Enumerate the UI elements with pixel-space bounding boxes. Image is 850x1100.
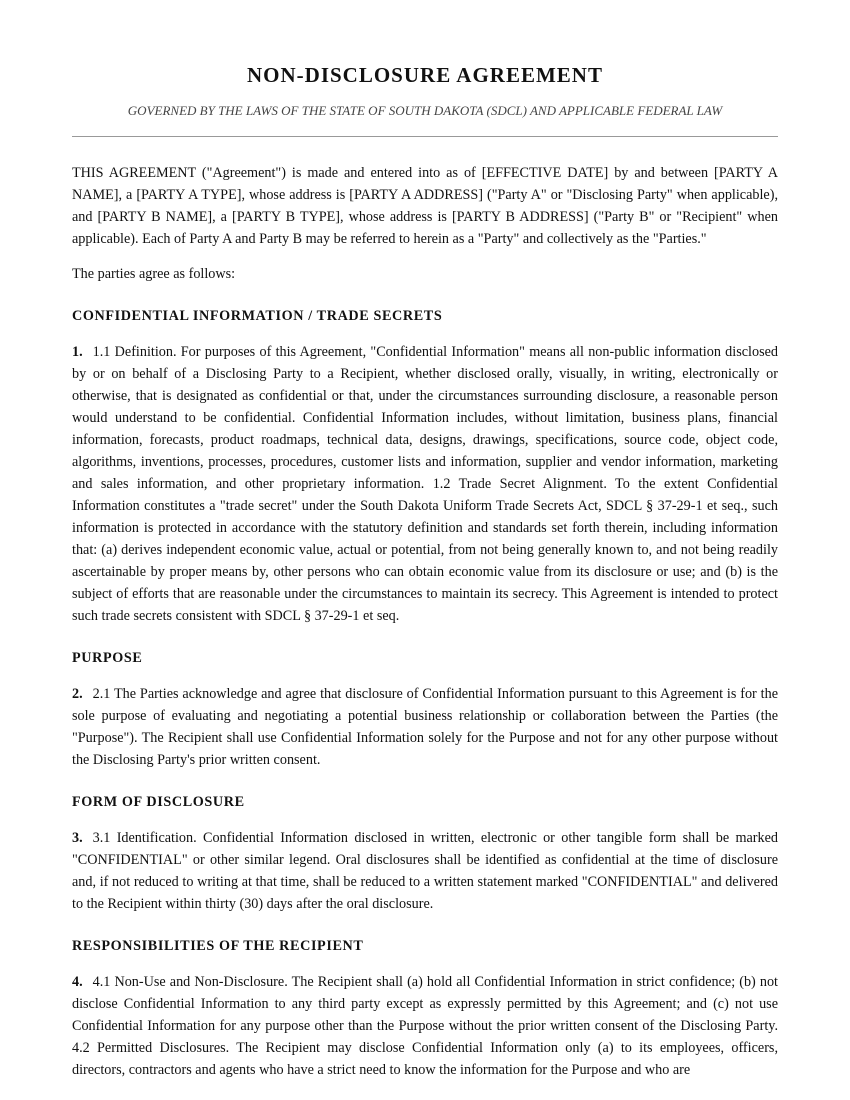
clause-text: 3.1 Identification. Confidential Informa… xyxy=(72,830,778,912)
header-divider xyxy=(72,136,778,137)
section-heading: CONFIDENTIAL INFORMATION / TRADE SECRETS xyxy=(72,305,778,327)
clause-paragraph: 1.1.1 Definition. For purposes of this A… xyxy=(72,341,778,627)
section-responsibilities: RESPONSIBILITIES OF THE RECIPIENT 4.4.1 … xyxy=(72,935,778,1081)
governing-law-subtitle: GOVERNED BY THE LAWS OF THE STATE OF SOU… xyxy=(72,103,778,119)
clause-number: 1. xyxy=(72,344,83,360)
clause-text: 2.1 The Parties acknowledge and agree th… xyxy=(72,686,778,768)
clause-text: 1.1 Definition. For purposes of this Agr… xyxy=(72,344,778,624)
section-purpose: PURPOSE 2.2.1 The Parties acknowledge an… xyxy=(72,647,778,771)
clause-paragraph: 3.3.1 Identification. Confidential Infor… xyxy=(72,827,778,915)
section-heading: RESPONSIBILITIES OF THE RECIPIENT xyxy=(72,935,778,957)
agree-line: The parties agree as follows: xyxy=(72,263,778,285)
clause-text: 4.1 Non-Use and Non-Disclosure. The Reci… xyxy=(72,974,778,1078)
clause-paragraph: 2.2.1 The Parties acknowledge and agree … xyxy=(72,683,778,771)
clause-number: 2. xyxy=(72,686,83,702)
section-confidential-information: CONFIDENTIAL INFORMATION / TRADE SECRETS… xyxy=(72,305,778,627)
section-heading: FORM OF DISCLOSURE xyxy=(72,791,778,813)
clause-paragraph: 4.4.1 Non-Use and Non-Disclosure. The Re… xyxy=(72,971,778,1081)
clause-number: 4. xyxy=(72,974,83,990)
section-form-of-disclosure: FORM OF DISCLOSURE 3.3.1 Identification.… xyxy=(72,791,778,915)
document-title: NON-DISCLOSURE AGREEMENT xyxy=(72,62,778,88)
section-heading: PURPOSE xyxy=(72,647,778,669)
clause-number: 3. xyxy=(72,830,83,846)
document-page: NON-DISCLOSURE AGREEMENT GOVERNED BY THE… xyxy=(72,0,778,1081)
intro-paragraph: THIS AGREEMENT ("Agreement") is made and… xyxy=(72,162,778,250)
